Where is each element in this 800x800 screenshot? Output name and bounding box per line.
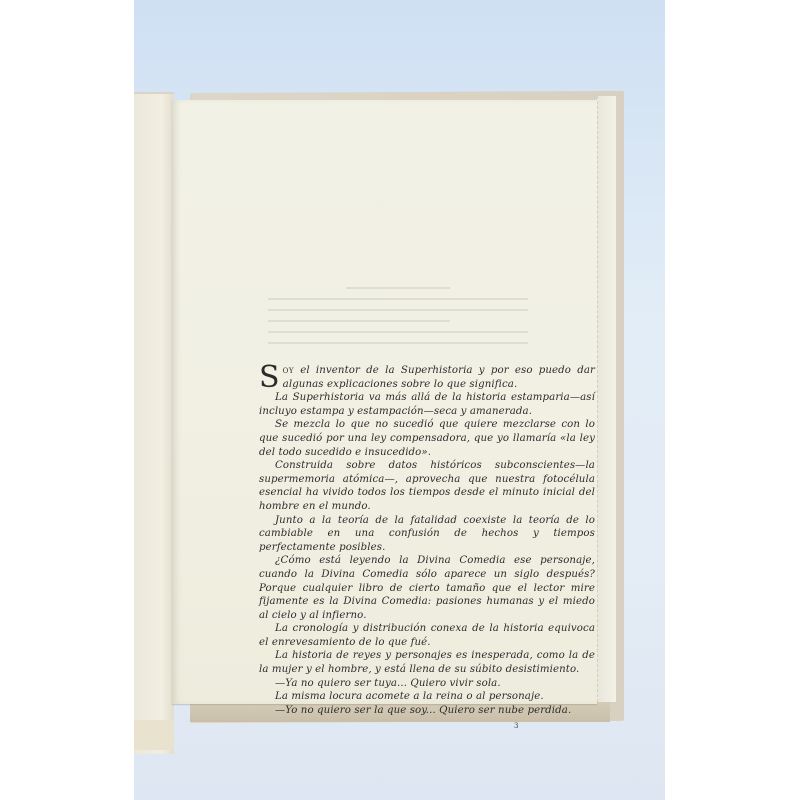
first-word-smallcaps: oy (283, 365, 294, 376)
page-body-text: Soy el inventor de la Superhistoria y po… (259, 364, 595, 717)
paragraph: La cronología y distribución conexa de l… (259, 622, 595, 649)
paragraph: ¿Cómo está leyendo la Divina Comedia ese… (259, 554, 595, 622)
paragraph: La Superhistoria va más allá de la histo… (259, 391, 595, 418)
paragraph: Soy el inventor de la Superhistoria y po… (259, 364, 595, 391)
right-page: Soy el inventor de la Superhistoria y po… (172, 100, 597, 704)
bleed-through-text (268, 278, 528, 348)
left-page-torn-corner (134, 720, 174, 750)
dialogue-line: —Yo no quiero ser la que soy... Quiero s… (259, 704, 595, 718)
paragraph: Se mezcla lo que no sucedió que quiere m… (259, 418, 595, 459)
book-photo: Soy el inventor de la Superhistoria y po… (134, 0, 665, 800)
paragraph: Junto a la teoría de la fatalidad coexis… (259, 514, 595, 555)
deckle-page-edge (597, 96, 616, 702)
left-page (134, 92, 174, 754)
paragraph: La misma locura acomete a la reina o al … (259, 690, 595, 704)
paragraph: La historia de reyes y personajes es ine… (259, 649, 595, 676)
paragraph: Construida sobre datos históricos subcon… (259, 459, 595, 513)
dialogue-line: —Ya no quiero ser tuya... Quiero vivir s… (259, 677, 595, 691)
drop-cap: S (259, 365, 280, 391)
page-number: 3 (514, 722, 518, 730)
